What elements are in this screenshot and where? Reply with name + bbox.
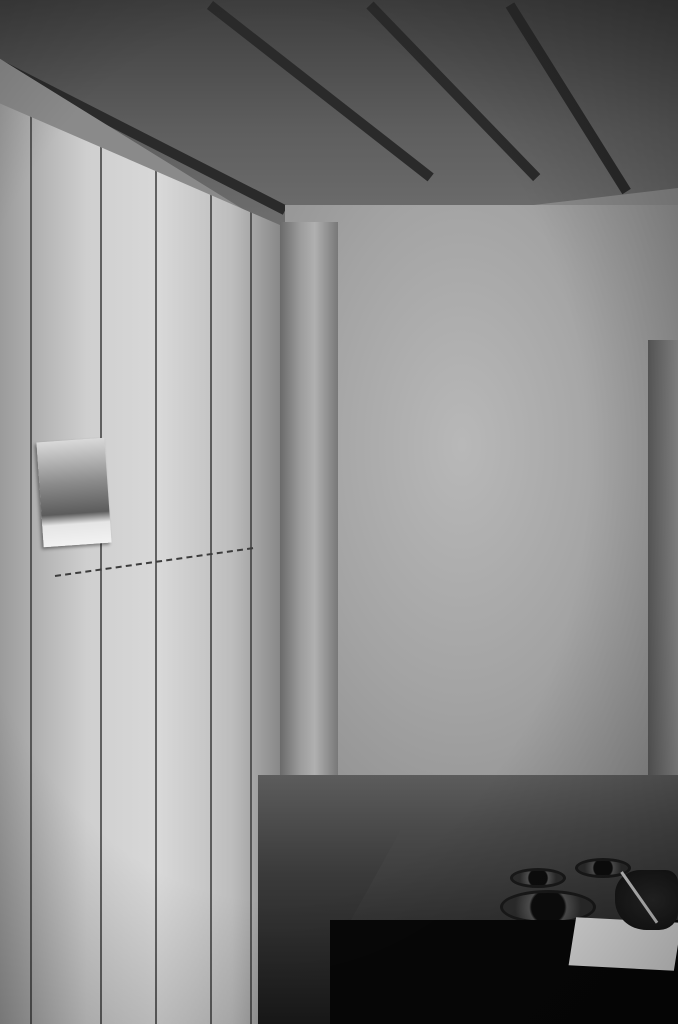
postcard bbox=[36, 438, 111, 547]
photograph: Interior corner of a rustic room with ve… bbox=[0, 0, 678, 1024]
burner-ring bbox=[510, 868, 566, 888]
plank-seam bbox=[155, 135, 157, 1024]
back-wall bbox=[285, 205, 678, 805]
plank-seam bbox=[30, 95, 32, 1024]
plank-seam bbox=[250, 175, 252, 1024]
plank-seam bbox=[210, 155, 212, 1024]
right-post bbox=[648, 340, 678, 810]
corner-post bbox=[280, 222, 338, 782]
